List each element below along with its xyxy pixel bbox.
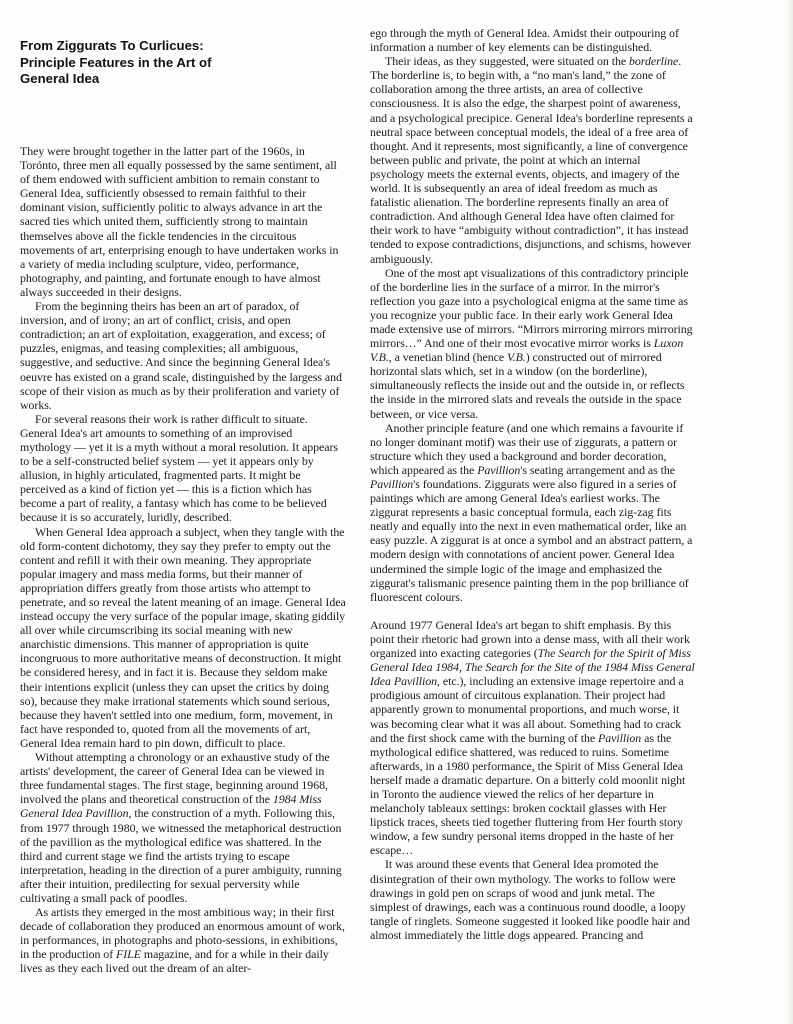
italic-title: Pavillion	[598, 731, 641, 745]
title-line-3: General Idea	[20, 71, 99, 86]
paragraph: Without attempting a chronology or an ex…	[20, 750, 346, 905]
paragraph: It was around these events that General …	[370, 857, 696, 942]
text-column-right: ego through the myth of General Idea. Am…	[370, 26, 696, 942]
text-column-left: They were brought together in the latter…	[20, 144, 346, 976]
article-title: From Ziggurats To Curlicues: Principle F…	[20, 38, 340, 88]
paragraph: Around 1977 General Idea's art began to …	[370, 618, 696, 858]
text-run: One of the most apt visualizations of th…	[370, 266, 693, 350]
italic-title: Pavillion	[370, 477, 413, 491]
paragraph: As artists they emerged in the most ambi…	[20, 905, 346, 975]
paragraph: One of the most apt visualizations of th…	[370, 266, 696, 421]
text-run: , a venetian blind (hence	[389, 350, 507, 364]
paragraph: They were brought together in the latter…	[20, 144, 346, 299]
text-run: Their ideas, as they suggested, were sit…	[385, 54, 629, 68]
paragraph: When General Idea approach a subject, wh…	[20, 525, 346, 751]
title-line-2: Principle Features in the Art of	[20, 55, 212, 70]
text-run: . The borderline is, to begin with, a “n…	[370, 54, 693, 265]
italic-title: FILE	[116, 947, 141, 961]
paragraph: Another principle feature (and one which…	[370, 421, 696, 604]
paragraph: ego through the myth of General Idea. Am…	[370, 26, 696, 54]
italic-title: Pavillion	[477, 463, 520, 477]
text-run: , the construction of a myth. Following …	[20, 806, 342, 905]
paragraph: From the beginning theirs has been an ar…	[20, 299, 346, 412]
page-edge	[788, 0, 793, 1024]
text-run: as the mythological edifice shattered, w…	[370, 731, 685, 858]
paragraph: Their ideas, as they suggested, were sit…	[370, 54, 696, 265]
title-line-1: From Ziggurats To Curlicues:	[20, 38, 204, 53]
text-run: 's seating arrangement and as the	[520, 463, 675, 477]
italic-title: V.B.	[507, 350, 526, 364]
italic-term: borderline	[629, 54, 678, 68]
text-run: 's foundations. Ziggurats were also figu…	[370, 477, 692, 604]
paragraph: For several reasons their work is rather…	[20, 412, 346, 525]
